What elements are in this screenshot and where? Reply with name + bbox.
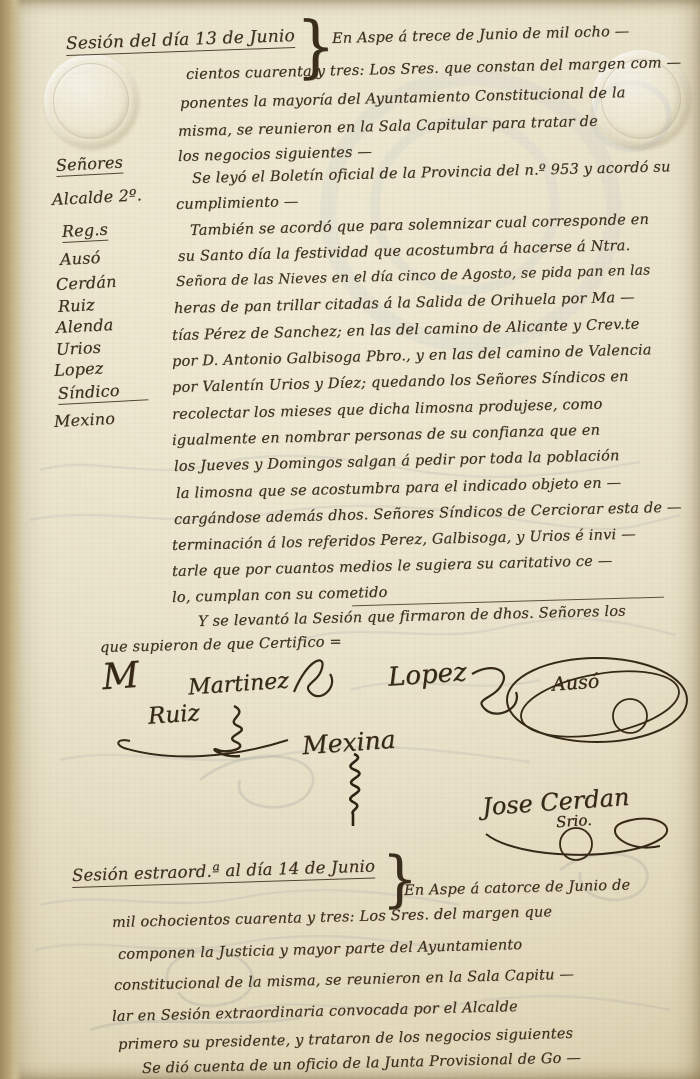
manuscript-line: mil ochocientos cuarenta y tres: Los Sre… [112,905,553,930]
margin-name-urios: Urios [56,340,102,358]
signature-auso: Ausó [551,670,600,695]
margin-name-sindico: Síndico [58,381,149,405]
margin-name-lopez: Lopez [54,360,104,379]
manuscript-line: componen la Justicia y mayor parte del A… [118,938,523,962]
rubric-cerdan [478,796,688,866]
manuscript-line: En Aspe á catorce de Junio de [404,878,631,898]
manuscript-line: heras de pan trillar citadas á la Salida… [174,291,635,317]
manuscript-line: Se dió cuenta de un oficio de la Junta P… [142,1051,581,1076]
manuscript-line: lar en Sesión extraordinaria convocada p… [112,1000,518,1024]
embossed-seal-ring [53,63,129,139]
session1-heading: Sesión del día 13 de Junio [66,28,296,56]
manuscript-line: tarle que por cuantos medios le sugiera … [172,554,613,579]
manuscript-page: Sesión del día 13 de Junio } En Aspe á t… [0,0,700,1079]
margin-name-cerdan: Cerdán [56,274,117,293]
manuscript-line: En Aspe á trece de Junio de mil ocho — [332,25,630,47]
manuscript-line: por Valentín Urios y Díez; quedando los … [172,370,629,396]
signature-lopez: Lopez [387,657,468,692]
margin-name-alcalde: Alcalde 2º. [52,187,143,208]
manuscript-line: la limosna que se acostumbra para el ind… [176,476,622,501]
embossed-seal-top-left [44,54,138,148]
flourish-dash [112,732,292,762]
manuscript-line: tías Pérez de Sanchez; en las del camino… [172,318,640,344]
margin-name-mexino: Mexino [54,411,116,430]
manuscript-line: También se acordó que para solemnizar cu… [190,213,649,239]
signature-ruiz: Ruiz [147,700,200,730]
manuscript-line: constitucional de la misma, se reunieron… [114,968,574,994]
session2-brace: } [382,850,418,910]
manuscript-line: su Santo día la festividad que acostumbr… [178,239,631,265]
manuscript-line: Señora de las Nieves en el día cinco de … [176,264,651,289]
margin-name-alenda: Alenda [56,317,114,336]
manuscript-line: por D. Antonio Galbisoga Pbro., y en las… [172,343,652,369]
manuscript-line: Se leyó el Boletín oficial de la Provinc… [192,160,671,186]
margin-name-regidores: Reg.s [62,222,109,243]
manuscript-line: cumplimiento — [176,195,299,212]
margin-name-auso: Ausó [60,250,101,268]
margin-name-ruiz: Ruiz [58,297,95,315]
manuscript-line: primero su presidente, y trataron de los… [118,1027,574,1053]
signature-initial-m: M [101,655,141,698]
manuscript-line: ponentes la mayoría del Ayuntamiento Con… [180,86,626,111]
rubric-martinez [286,650,344,702]
manuscript-line: los negocios siguientes — [178,145,372,164]
manuscript-line: terminación á los referidos Perez, Galbi… [172,528,636,554]
binding-edge [0,0,22,1079]
manuscript-line: Y se levantó la Sesión que firmaron de d… [198,605,626,630]
margin-name-senores: Señores [56,155,124,177]
manuscript-line: cargándose además dhos. Señores Síndicos… [174,501,682,528]
signature-martinez: Martinez [187,669,289,701]
manuscript-line: igualmente en nombrar personas de su con… [172,424,600,449]
rubric-auso-oval [502,650,692,750]
session2-heading: Sesión estraord.ª al día 14 de Junio [72,858,376,887]
manuscript-line: misma, se reunieron en la Sala Capitular… [178,115,598,140]
manuscript-line: recolectar los mieses que dicha limosna … [172,397,603,422]
rubric-mexino-vertical [338,752,372,830]
manuscript-line: los Jueves y Domingos salgan á pedir por… [174,449,620,474]
manuscript-line: lo, cumplan con su cometido [172,586,388,606]
